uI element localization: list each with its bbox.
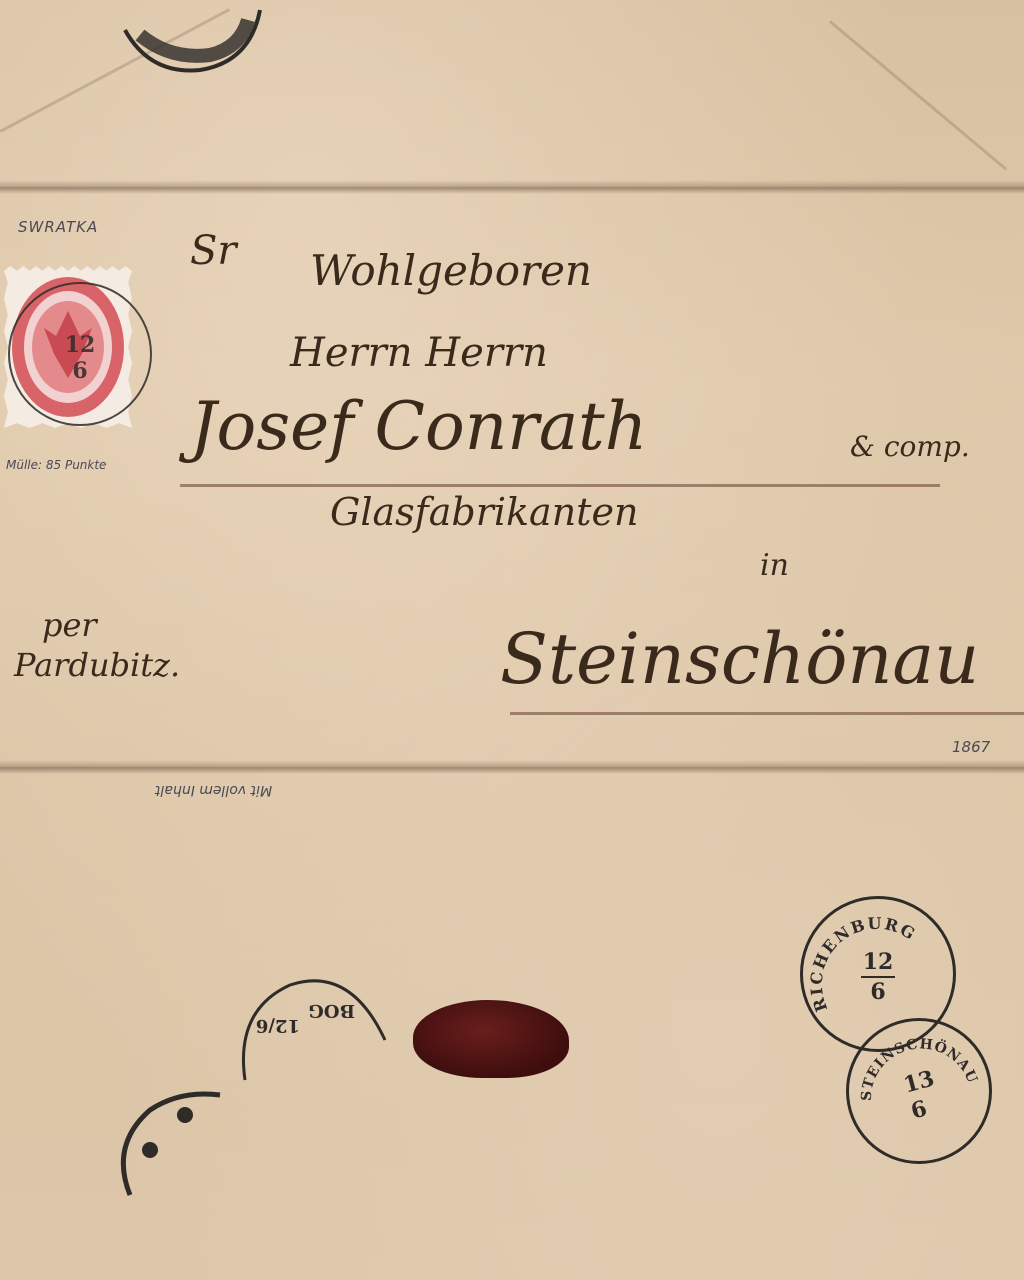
destination-preposition: in xyxy=(760,548,789,583)
origin-pencil-note: SWRATKA xyxy=(18,218,98,236)
salutation-wohlgeboren: Wohlgeboren xyxy=(310,246,592,295)
wax-seal xyxy=(413,1000,569,1078)
addressee-name: Josef Conrath xyxy=(190,388,647,465)
svg-text:12/6: 12/6 xyxy=(256,1015,300,1036)
year-pencil-note: 1867 xyxy=(952,738,990,756)
cancel-day: 12 xyxy=(10,332,150,358)
partial-postmark-fragment xyxy=(110,1085,230,1205)
salutation-prefix: Sr xyxy=(190,228,237,274)
horizontal-fold-bottom xyxy=(0,760,1024,774)
quality-pencil-note: Mülle: 85 Punkte xyxy=(6,458,106,472)
richenburg-day: 12 xyxy=(803,949,953,975)
partial-postmark-top xyxy=(110,0,270,80)
inverted-pencil-note: Mit vollem Inhalt xyxy=(155,782,272,798)
horizontal-fold-top xyxy=(0,180,1024,194)
addressee-underline xyxy=(180,484,940,487)
addressee-occupation: Glasfabrikanten xyxy=(330,490,638,534)
richenburg-month: 6 xyxy=(803,979,953,1005)
routing-per: per xyxy=(42,606,97,644)
stamp-cancellation: 12 6 xyxy=(8,282,152,426)
svg-text:BOG: BOG xyxy=(308,1000,355,1021)
destination-town: Steinschönau xyxy=(500,618,979,700)
routing-pardubitz: Pardubitz. xyxy=(14,646,180,684)
destination-underline xyxy=(510,712,1024,715)
cancel-month: 6 xyxy=(10,358,150,384)
partial-postmark-bog: BOG 12/6 xyxy=(230,970,400,1090)
addressee-suffix: & comp. xyxy=(850,430,970,463)
salutation-herrn: Herrn Herrn xyxy=(290,330,548,376)
postmark-steinschonau: STEINSCHÖNAU 13 6 xyxy=(846,1018,992,1164)
